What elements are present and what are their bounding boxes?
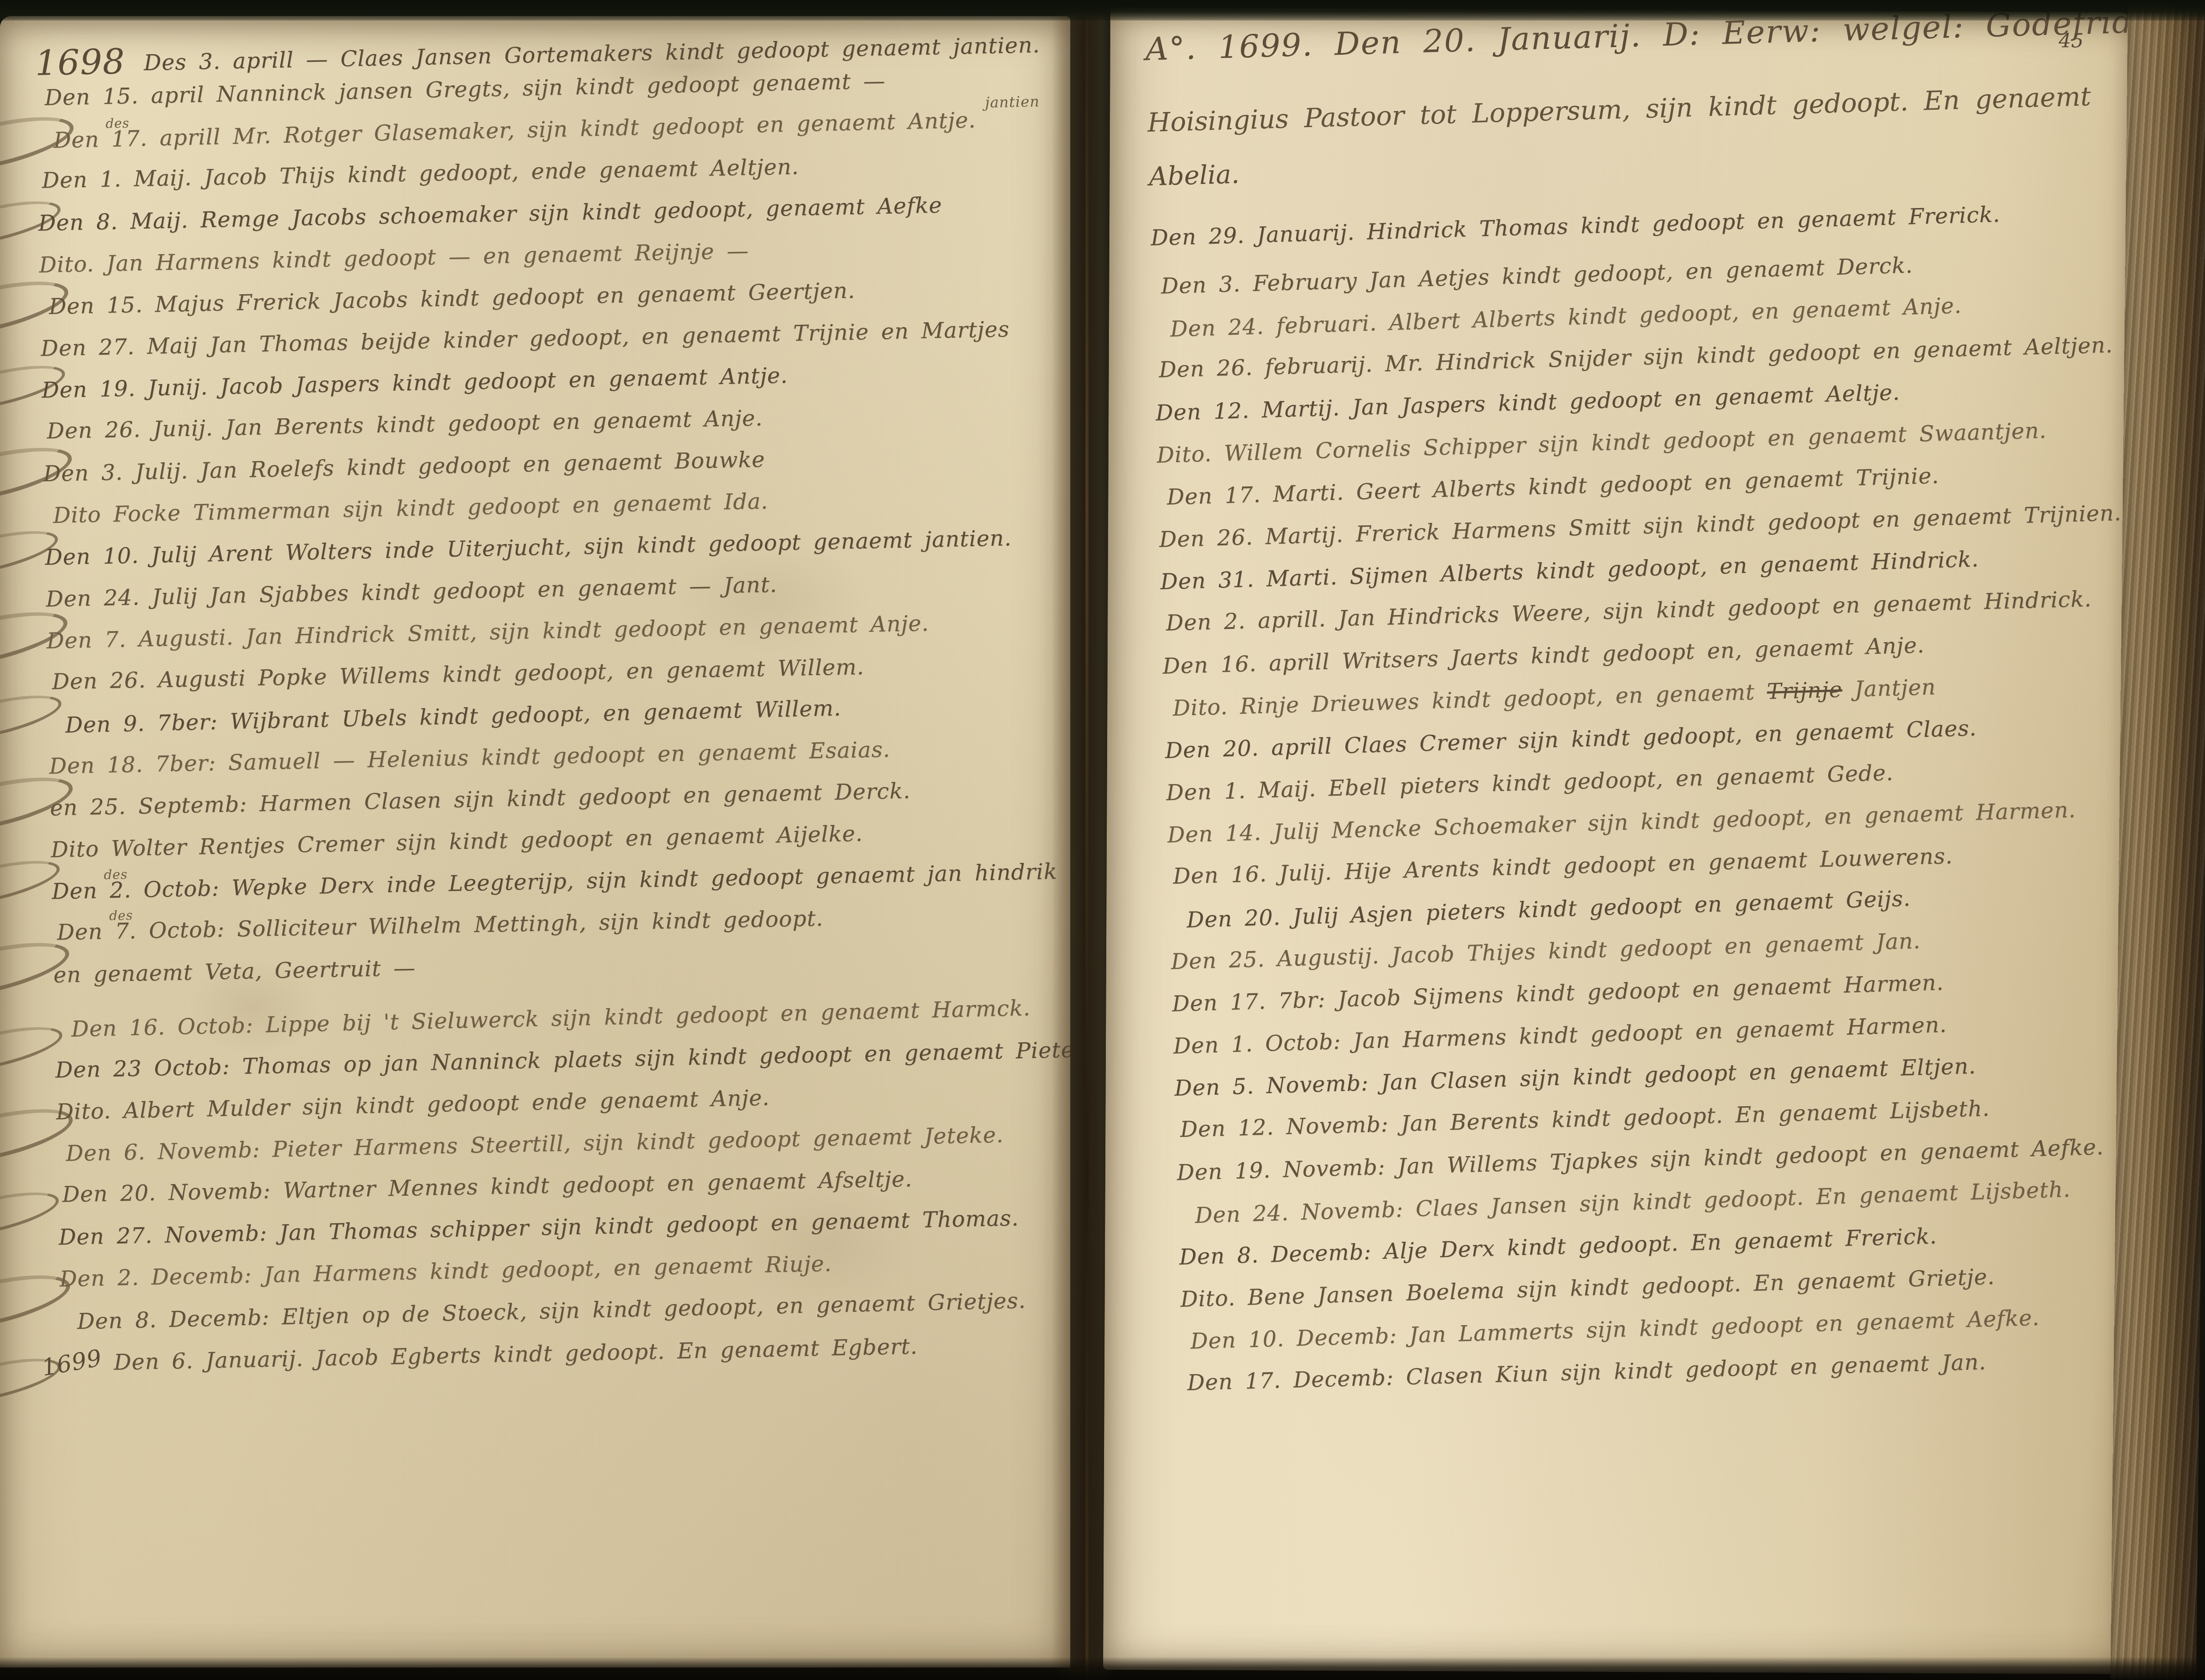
margin-year-label: 1699	[40, 1344, 104, 1381]
struck-word: Trijnje	[1767, 677, 1843, 704]
photo-top-edge	[0, 0, 2205, 20]
photo-background: 1698Des 3. aprill — Claes Jansen Gortema…	[0, 0, 2205, 1680]
left-page-text: 1698Des 3. aprill — Claes Jansen Gortema…	[35, 23, 1070, 1392]
book-right-page: 45 A°. 1699. Den 20. Januarij. D: Eerw: …	[1103, 8, 2141, 1674]
right-entries: Den 29. Januarij. Hindrick Thomas kindt …	[1150, 198, 2141, 1413]
entry-text: Jantjen	[1842, 674, 1936, 702]
superscript-note: des	[104, 867, 128, 882]
superscript-note: des	[105, 116, 129, 131]
right-page-text: A°. 1699. Den 20. Januarij. D: Eerw: wel…	[1145, 8, 2141, 1413]
year-label: 1698	[35, 42, 125, 84]
book-left-page: 1698Des 3. aprill — Claes Jansen Gortema…	[0, 16, 1070, 1668]
superscript-note: jantien	[985, 92, 1040, 111]
photo-bottom-edge	[0, 1657, 2205, 1680]
entry-text: Den 16. Octob: Lippe bij 't Sieluwerck s…	[71, 995, 1031, 1042]
left-entries: 1698Des 3. aprill — Claes Jansen Gortema…	[35, 23, 1070, 1392]
pen-flourish-loop	[0, 1183, 63, 1247]
superscript-note: des	[109, 908, 133, 923]
